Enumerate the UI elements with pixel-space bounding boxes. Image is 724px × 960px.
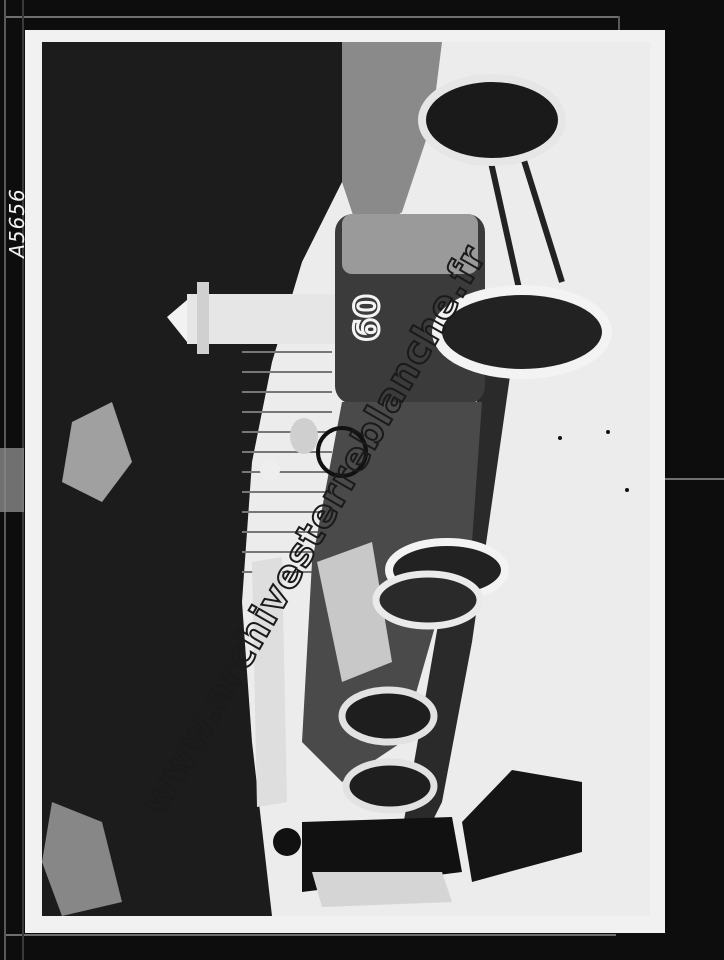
race-number: 60 — [338, 278, 398, 358]
film-edge-top-tick — [618, 16, 620, 30]
race-number-text: 60 — [348, 294, 388, 341]
film-stain — [0, 448, 24, 512]
film-edge-top — [4, 16, 620, 18]
gate-post — [187, 294, 337, 344]
film-edge-right — [665, 478, 724, 480]
film-edge-bottom — [4, 934, 616, 936]
